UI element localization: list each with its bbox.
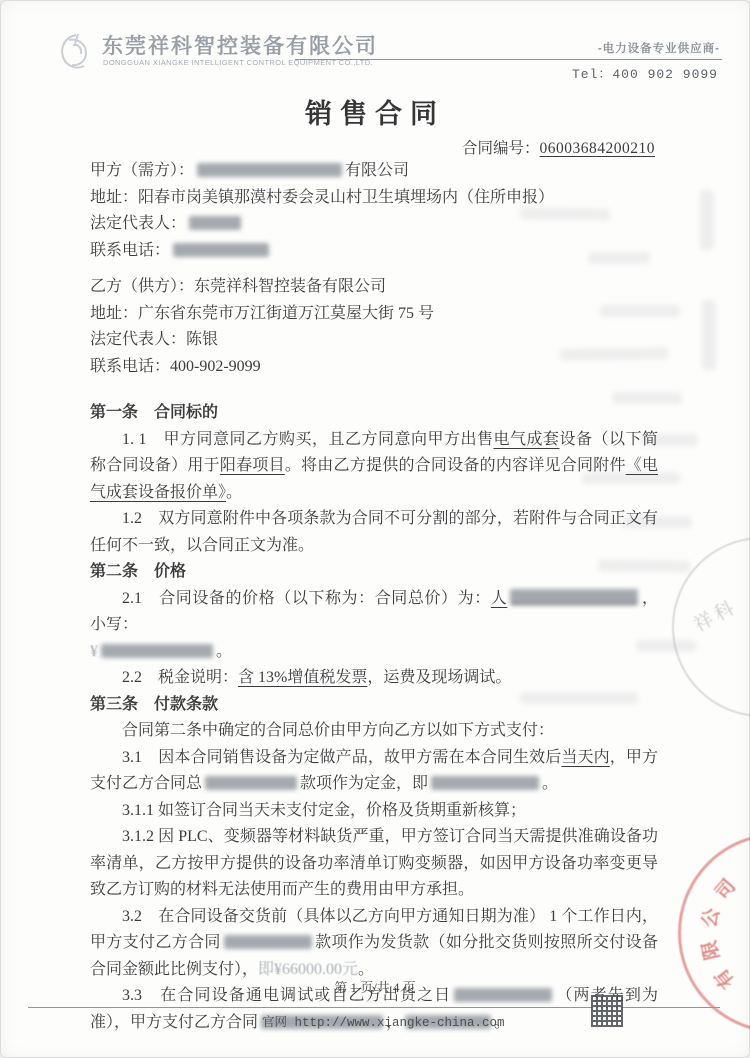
redacted-text	[189, 216, 241, 230]
redacted-text	[205, 776, 297, 790]
red-seal: 有限公司	[678, 833, 750, 1033]
company-telephone: Tel：400 902 9099	[572, 63, 718, 82]
text-run: 地址：阳春市岗美镇那漠村委会灵山村卫生填埋场内（住所申报）	[90, 189, 554, 206]
paragraph: ¥。	[90, 639, 658, 666]
bleed-through-artifact	[520, 692, 638, 704]
text-run: ¥	[90, 643, 98, 660]
paragraph: 甲方（需方）：有限公司	[90, 158, 658, 185]
text-run: 人	[491, 590, 508, 607]
contract-page: 东莞祥科智控装备有限公司 DONGGUAN XIANGKE INTELLIGEN…	[0, 0, 750, 1058]
redacted-text	[224, 935, 312, 949]
text-run: 。	[542, 775, 558, 792]
text-run: 含 13%增值税发票	[238, 669, 367, 686]
paragraph: 3.2 在合同设备交货前（具体以乙方向甲方通知日期为准） 1 个工作日内，甲方支…	[90, 904, 658, 984]
paragraph	[90, 380, 658, 400]
text-run: 2.1 合同设备的价格（以下称为：合同总价）为：	[122, 590, 491, 607]
text-run: 3.1.2 因 PLC、变频器等材料缺货严重，甲方签订合同当天需提供准确设备功率…	[90, 828, 658, 898]
seal-text: 祥科	[688, 592, 741, 637]
text-run: ，运费及现场调试。	[367, 669, 511, 686]
contract-number-value: 06003684200210	[540, 140, 656, 157]
qr-code	[591, 995, 623, 1027]
text-run: 甲方（需方）：	[90, 162, 194, 179]
contract-number-line: 合同编号：06003684200210	[0, 136, 655, 158]
paragraph: 3.1 因本合同销售设备为定做产品，故甲方需在本合同生效后当天内，甲方支付乙方合…	[90, 745, 658, 798]
text-run: 。	[358, 961, 374, 978]
paragraph	[90, 264, 658, 274]
text-run: 款项作为定金，即	[300, 775, 428, 792]
bleed-through-artifact	[700, 190, 714, 250]
bleed-through-artifact	[600, 305, 680, 317]
bleed-through-artifact	[640, 434, 698, 446]
paragraph: 3.1.1 如签订合同当天未支付定金，价格及货期重新核算；	[90, 798, 658, 825]
text-run: 3.1 因本合同销售设备为定做产品，故甲方需在本合同生效后	[122, 749, 561, 766]
bleed-through-artifact	[520, 207, 610, 221]
bleed-through-artifact	[588, 252, 650, 264]
paragraph: 3.1.2 因 PLC、变频器等材料缺货严重，甲方签订合同当天需提供准确设备功率…	[90, 824, 658, 904]
seal-character: 公	[694, 905, 725, 930]
text-run: 阳春项目	[220, 457, 285, 474]
paragraph: 合同第二条中确定的合同总价由甲方向乙方以如下方式支付：	[90, 718, 658, 745]
paragraph: 联系电话：	[90, 238, 658, 265]
text-run: 。	[216, 643, 232, 660]
text-run: 2.2 税金说明：	[122, 669, 238, 686]
seal-character: 司	[708, 873, 741, 905]
text-run: 联系电话：400-902-9099	[90, 358, 261, 375]
bleed-through-artifact	[582, 472, 680, 484]
section-heading: 第二条 价格	[90, 559, 658, 586]
bleed-through-artifact	[612, 392, 682, 404]
redacted-text	[510, 589, 638, 605]
text-run: 3.1.1 如签订合同当天未支付定金，价格及货期重新核算；	[122, 802, 526, 819]
paragraph: 地址：阳春市岗美镇那漠村委会灵山村卫生填埋场内（住所申报）	[90, 185, 658, 212]
bleed-through-artifact	[560, 347, 668, 361]
company-logo-icon	[56, 32, 96, 72]
document-title: 销售合同	[0, 92, 750, 131]
text-run: 法定代表人：陈银	[90, 331, 218, 348]
letterhead: 东莞祥科智控装备有限公司 DONGGUAN XIANGKE INTELLIGEN…	[56, 30, 722, 78]
redacted-text	[101, 644, 213, 658]
contract-number-label: 合同编号：	[462, 140, 540, 157]
paragraph: 1. 1 甲方同意同乙方购买，且乙方同意向甲方出售电气成套设备（以下简称合同设备…	[90, 427, 658, 507]
paragraph: 地址：广东省东莞市万江街道万江莫屋大街 75 号	[90, 301, 658, 328]
text-run: 第二条 价格	[90, 563, 186, 580]
bleed-through-artifact	[622, 516, 692, 528]
paragraph: 1.2 双方同意附件中各项条款为合同不可分割的部分，若附件与合同正文有任何不一致…	[90, 506, 658, 559]
website-url: 官网 http://www.xiangke-china.com	[262, 1012, 505, 1030]
redacted-text	[173, 243, 269, 257]
text-run: 合同第二条中确定的合同总价由甲方向乙方以如下方式支付：	[122, 722, 554, 739]
redacted-text	[431, 776, 539, 790]
text-run: 电气成套	[493, 431, 559, 448]
text-run: ¥66000.00元	[274, 961, 358, 978]
section-heading: 第一条 合同标的	[90, 400, 658, 427]
text-run: 有限公司	[345, 162, 409, 179]
bleed-through-artifact	[702, 300, 716, 370]
redacted-text	[197, 163, 342, 177]
text-run: 1. 1 甲方同意同乙方购买，且乙方同意向甲方出售	[122, 431, 493, 448]
company-name-cn: 东莞祥科智控装备有限公司	[102, 30, 378, 60]
text-run: 。	[226, 484, 242, 501]
text-run: 法定代表人：	[90, 215, 186, 232]
seal-character: 限	[694, 938, 725, 963]
text-run: 地址：广东省东莞市万江街道万江莫屋大街 75 号	[90, 305, 434, 322]
text-run: 即	[258, 961, 274, 978]
page-number: 第 1 页/共 4 页	[0, 977, 750, 996]
text-run: 第一条 合同标的	[90, 404, 218, 421]
text-run: 。将由乙方提供的合同设备的内容详见合同附件	[285, 457, 626, 474]
paragraph: 乙方（供方）：东莞祥科智控装备有限公司	[90, 274, 658, 301]
bleed-through-artifact	[598, 559, 690, 573]
text-run: 1.2 双方同意附件中各项条款为合同不可分割的部分，若附件与合同正文有任何不一致…	[90, 510, 658, 554]
header-rule	[295, 59, 722, 60]
text-run: 当天内	[561, 749, 609, 766]
text-run: 乙方（供方）：东莞祥科智控装备有限公司	[90, 278, 386, 295]
contract-body: 甲方（需方）：有限公司地址：阳春市岗美镇那漠村委会灵山村卫生填埋场内（住所申报）…	[90, 158, 658, 1036]
paragraph: 2.2 税金说明：含 13%增值税发票，运费及现场调试。	[90, 665, 658, 692]
text-run: 第三条 付款条款	[90, 696, 218, 713]
text-run: 联系电话：	[90, 242, 170, 259]
company-slogan: -电力设备专业供应商-	[598, 40, 720, 56]
paragraph: 2.1 合同设备的价格（以下称为：合同总价）为：人，小写：	[90, 586, 658, 639]
